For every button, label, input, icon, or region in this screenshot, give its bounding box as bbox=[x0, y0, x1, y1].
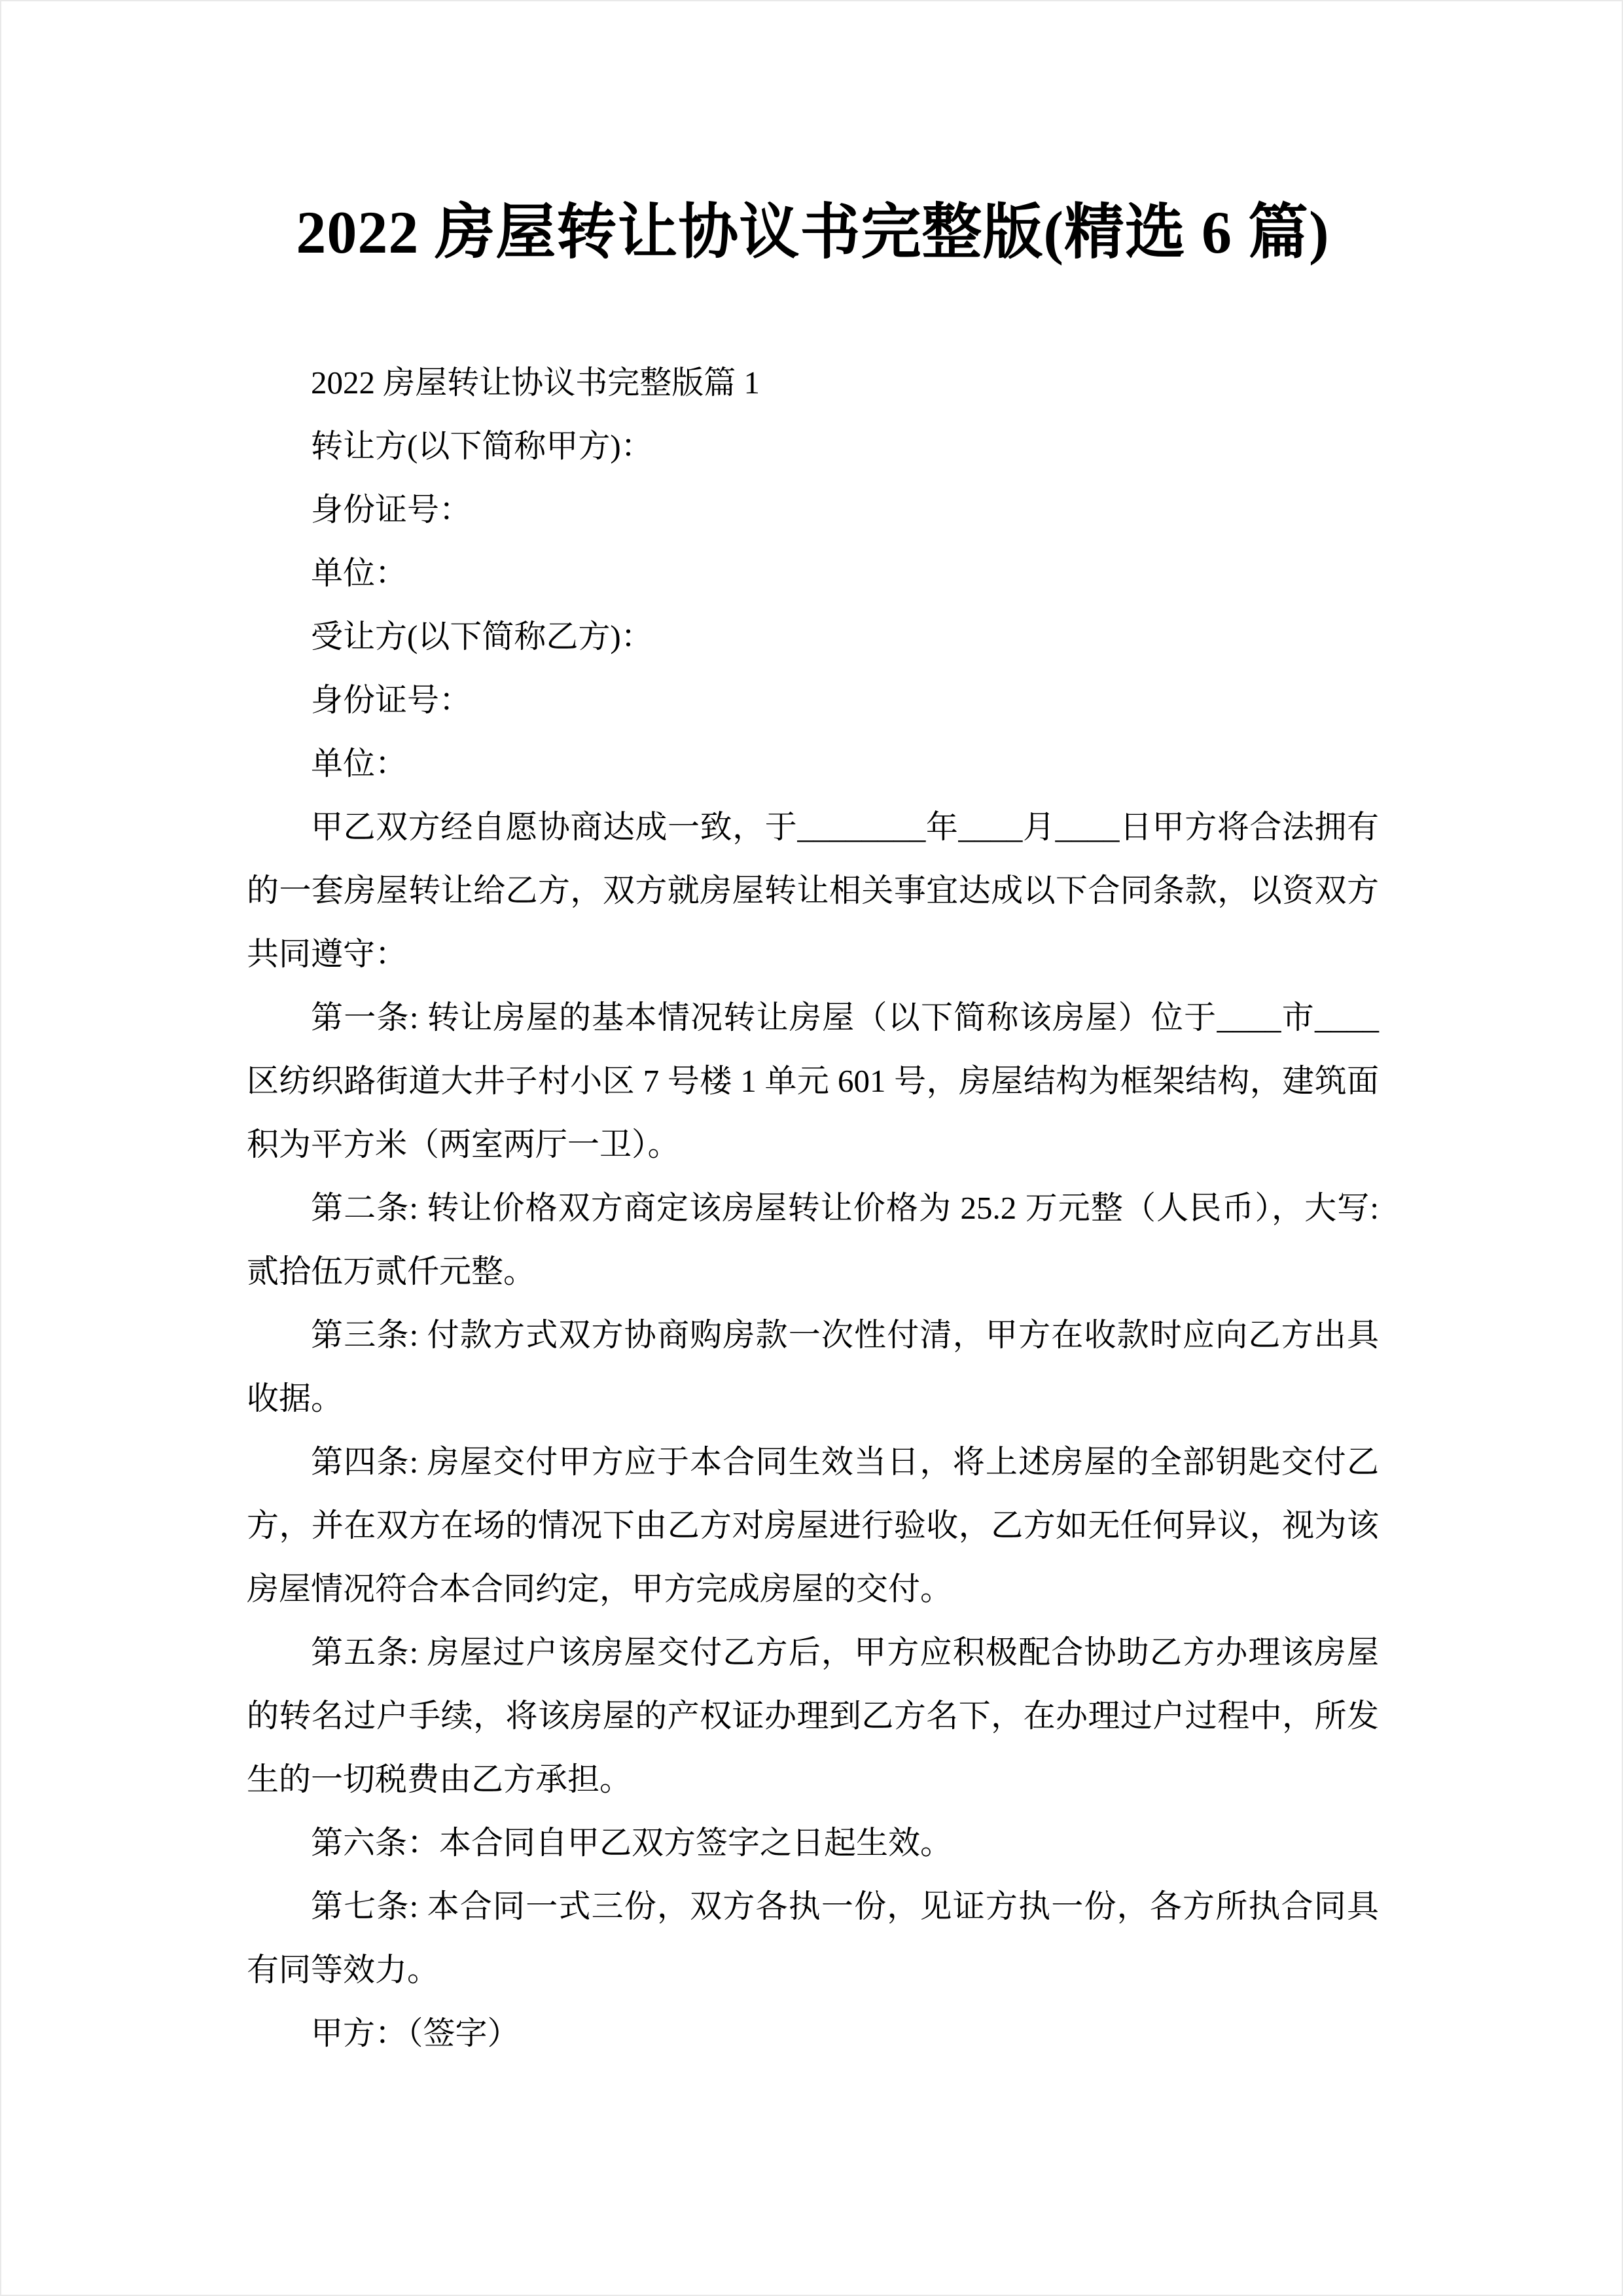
paragraph: 单位： bbox=[247, 732, 1379, 795]
document-content: 2022 房屋转让协议书完整版(精选 6 篇) 2022 房屋转让协议书完整版篇… bbox=[247, 196, 1379, 2065]
paragraph: 第六条：本合同自甲乙双方签字之日起生效。 bbox=[247, 1811, 1379, 1874]
paragraph: 单位： bbox=[247, 541, 1379, 605]
document-page: 2022 房屋转让协议书完整版(精选 6 篇) 2022 房屋转让协议书完整版篇… bbox=[0, 0, 1623, 2296]
paragraph: 第七条: 本合同一式三份，双方各执一份，见证方执一份，各方所执合同具有同等效力。 bbox=[247, 1874, 1379, 2001]
paragraph: 转让方(以下简称甲方)： bbox=[247, 414, 1379, 478]
paragraph: 第五条: 房屋过户该房屋交付乙方后，甲方应积极配合协助乙方办理该房屋的转名过户手… bbox=[247, 1621, 1379, 1811]
paragraph: 身份证号： bbox=[247, 668, 1379, 732]
paragraph: 受让方(以下简称乙方)： bbox=[247, 605, 1379, 668]
paragraph: 第一条: 转让房屋的基本情况转让房屋（以下简称该房屋）位于____市____区纺… bbox=[247, 986, 1379, 1176]
document-title: 2022 房屋转让协议书完整版(精选 6 篇) bbox=[247, 196, 1379, 268]
paragraph: 2022 房屋转让协议书完整版篇 1 bbox=[247, 351, 1379, 414]
paragraph: 第四条: 房屋交付甲方应于本合同生效当日，将上述房屋的全部钥匙交付乙方，并在双方… bbox=[247, 1430, 1379, 1621]
paragraph: 甲方：（签字） bbox=[247, 2001, 1379, 2065]
paragraph: 甲乙双方经自愿协商达成一致，于________年____月____日甲方将合法拥… bbox=[247, 795, 1379, 986]
paragraph: 第三条: 付款方式双方协商购房款一次性付清，甲方在收款时应向乙方出具收据。 bbox=[247, 1303, 1379, 1430]
paragraph: 第二条: 转让价格双方商定该房屋转让价格为 25.2 万元整（人民币），大写: … bbox=[247, 1176, 1379, 1303]
document-body: 2022 房屋转让协议书完整版篇 1 转让方(以下简称甲方)： 身份证号： 单位… bbox=[247, 351, 1379, 2065]
paragraph: 身份证号： bbox=[247, 478, 1379, 541]
